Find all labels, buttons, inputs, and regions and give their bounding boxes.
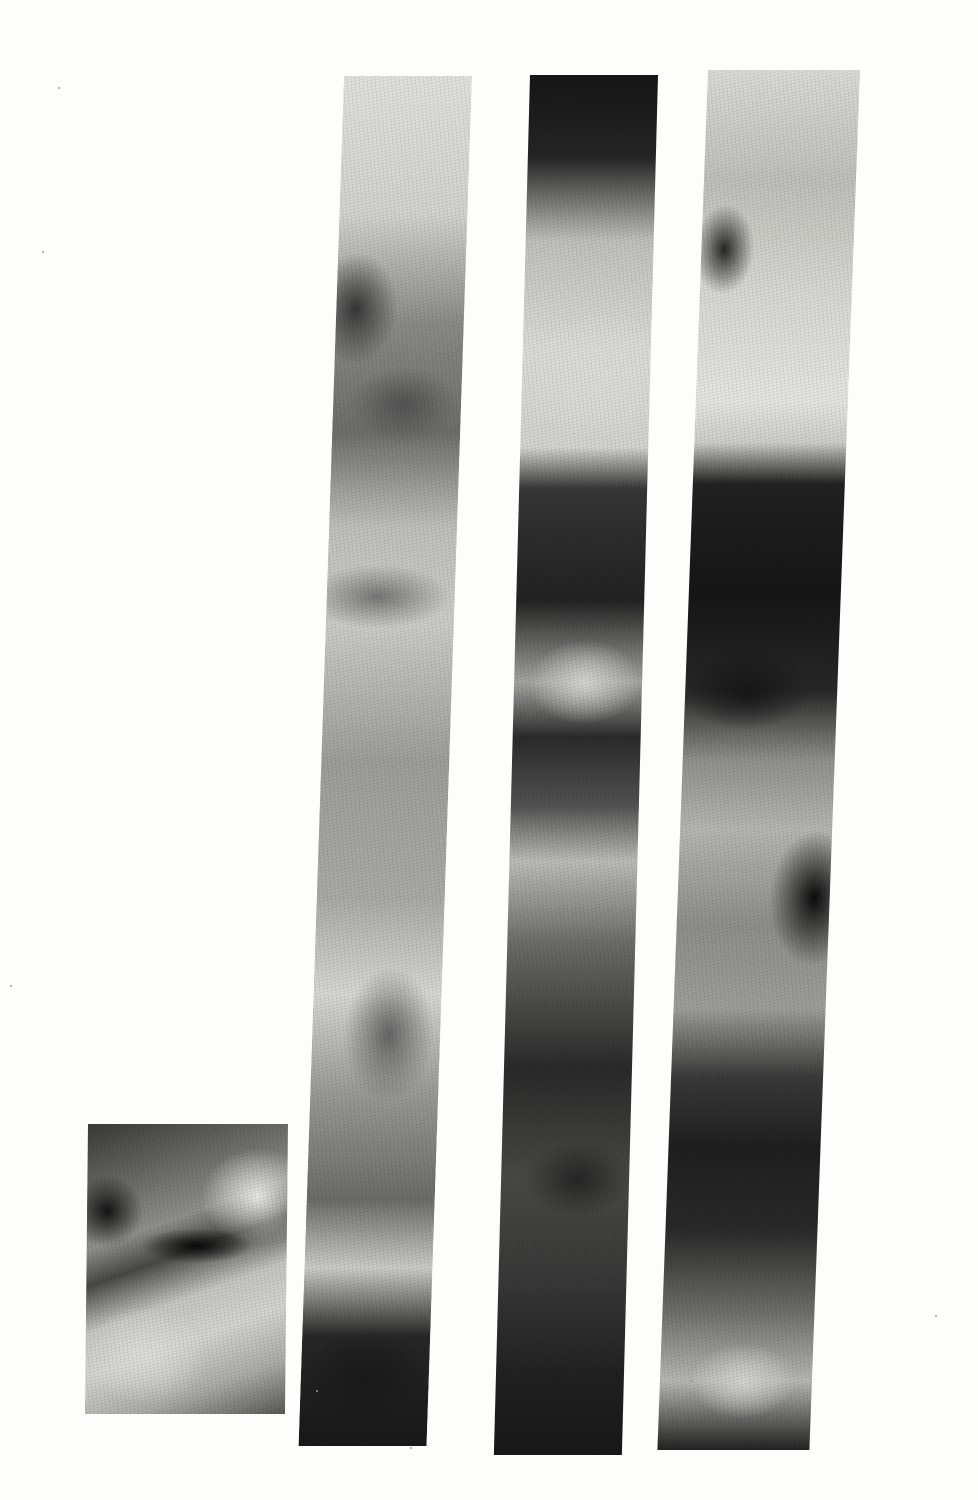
paper-speck (58, 87, 60, 89)
paper-speck (410, 1447, 412, 1449)
paper-speck (42, 251, 44, 253)
paper-speck (690, 1380, 692, 1382)
print-piece-small (85, 1124, 288, 1414)
paper-speck (10, 985, 12, 987)
paper-speck (316, 1390, 318, 1392)
paper-speck (935, 1315, 937, 1317)
